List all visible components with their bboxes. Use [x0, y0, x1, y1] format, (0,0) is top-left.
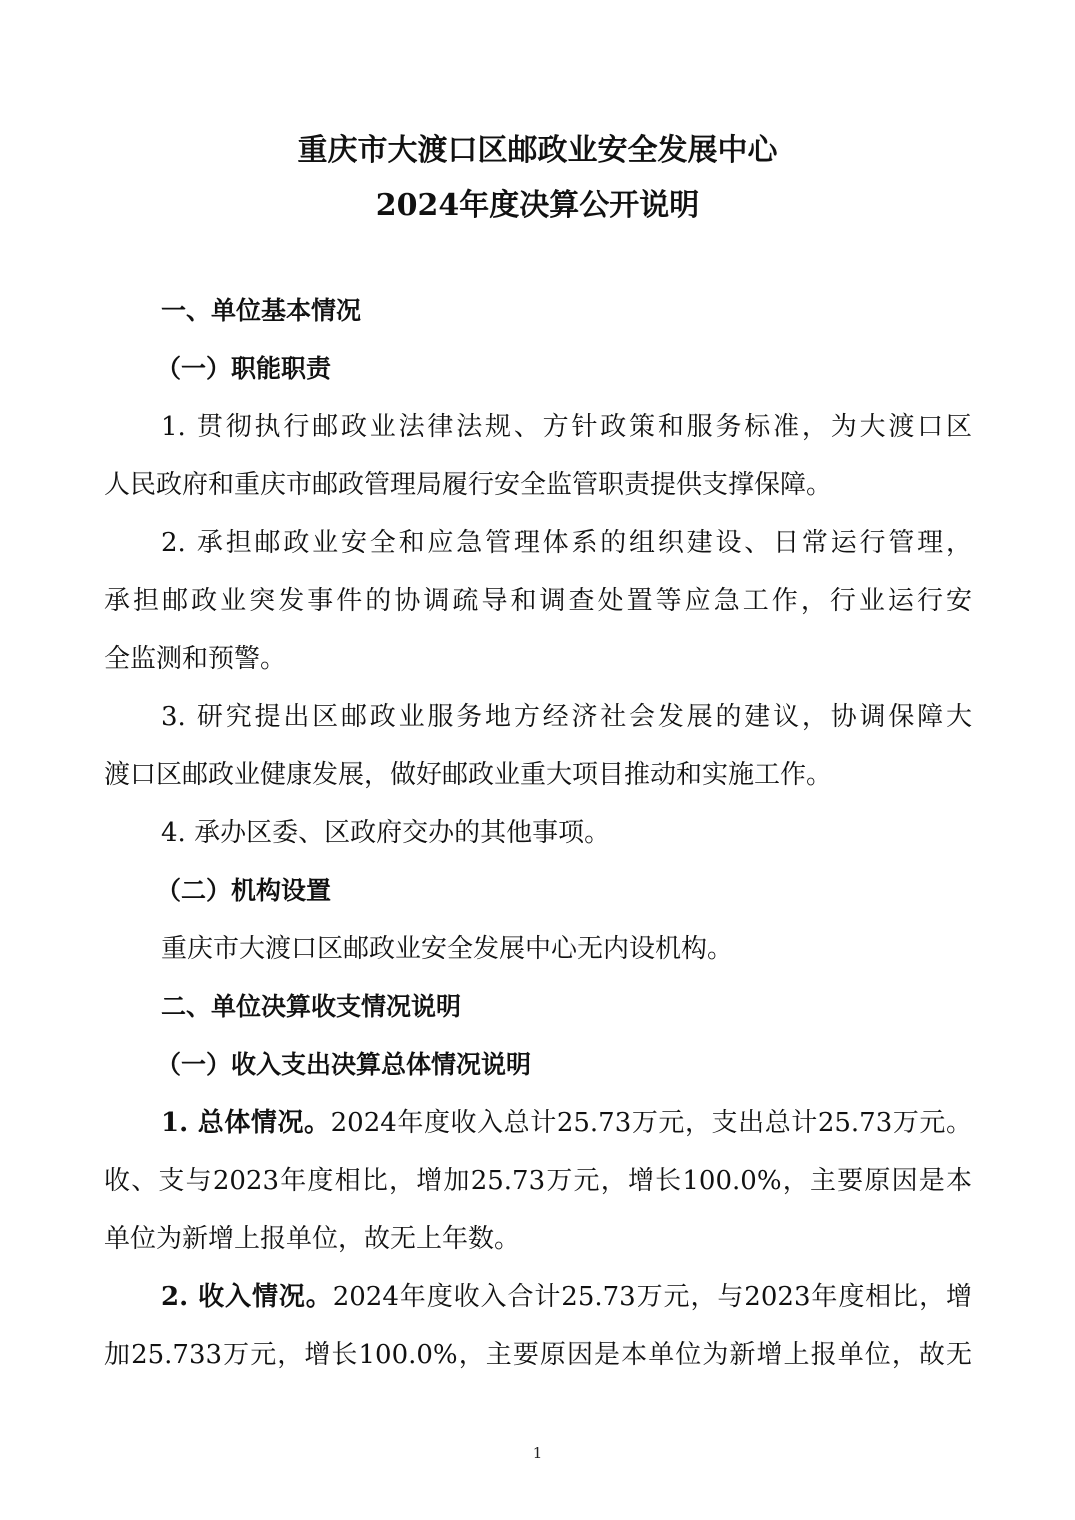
section-heading-budget: 二、单位决算收支情况说明 — [104, 978, 972, 1036]
overall-para-line3: 单位为新增上报单位，故无上年数。 — [104, 1210, 972, 1268]
income-para-line2: 加25.733万元，增长100.0%，主要原因是本单位为新增上报单位，故无 — [104, 1326, 972, 1384]
page-number: 1 — [0, 1444, 1075, 1462]
duty-item-4: 4. 承办区委、区政府交办的其他事项。 — [104, 804, 972, 862]
duty-item-2-line2: 承担邮政业突发事件的协调疏导和调查处置等应急工作，行业运行安 — [104, 572, 972, 630]
duty-item-3-line2: 渡口区邮政业健康发展，做好邮政业重大项目推动和实施工作。 — [104, 746, 972, 804]
document-title-line1: 重庆市大渡口区邮政业安全发展中心 — [0, 131, 1075, 171]
subsection-heading-organization: （二）机构设置 — [104, 862, 972, 920]
duty-item-1-line1: 1. 贯彻执行邮政业法律法规、方针政策和服务标准，为大渡口区 — [104, 398, 972, 456]
organization-text: 重庆市大渡口区邮政业安全发展中心无内设机构。 — [104, 920, 972, 978]
subsection-heading-duties: （一）职能职责 — [104, 340, 972, 398]
overall-text: 2024年度收入总计25.73万元，支出总计25.73万元。 — [331, 1108, 972, 1138]
overall-para-line2: 收、支与2023年度相比，增加25.73万元，增长100.0%，主要原因是本 — [104, 1152, 972, 1210]
income-para-line1: 2. 收入情况。2024年度收入合计25.73万元，与2023年度相比，增 — [104, 1268, 972, 1326]
duty-item-1-line2: 人民政府和重庆市邮政管理局履行安全监管职责提供支撑保障。 — [104, 456, 972, 514]
income-text: 2024年度收入合计25.73万元，与2023年度相比，增 — [333, 1282, 972, 1312]
document-title-line2: 2024年度决算公开说明 — [0, 186, 1075, 226]
duty-item-3-line1: 3. 研究提出区邮政业服务地方经济社会发展的建议，协调保障大 — [104, 688, 972, 746]
section-heading-basic-info: 一、单位基本情况 — [104, 282, 972, 340]
document-page: 重庆市大渡口区邮政业安全发展中心 2024年度决算公开说明 一、单位基本情况 （… — [0, 0, 1075, 1520]
duty-item-2-line3: 全监测和预警。 — [104, 630, 972, 688]
subsection-heading-income-expense: （一）收入支出决算总体情况说明 — [104, 1036, 972, 1094]
overall-lead: 1. 总体情况。 — [161, 1108, 331, 1138]
overall-para-line1: 1. 总体情况。2024年度收入总计25.73万元，支出总计25.73万元。 — [104, 1094, 972, 1152]
income-lead: 2. 收入情况。 — [161, 1282, 333, 1312]
document-body: 一、单位基本情况 （一）职能职责 1. 贯彻执行邮政业法律法规、方针政策和服务标… — [104, 282, 972, 1384]
duty-item-2-line1: 2. 承担邮政业安全和应急管理体系的组织建设、日常运行管理， — [104, 514, 972, 572]
